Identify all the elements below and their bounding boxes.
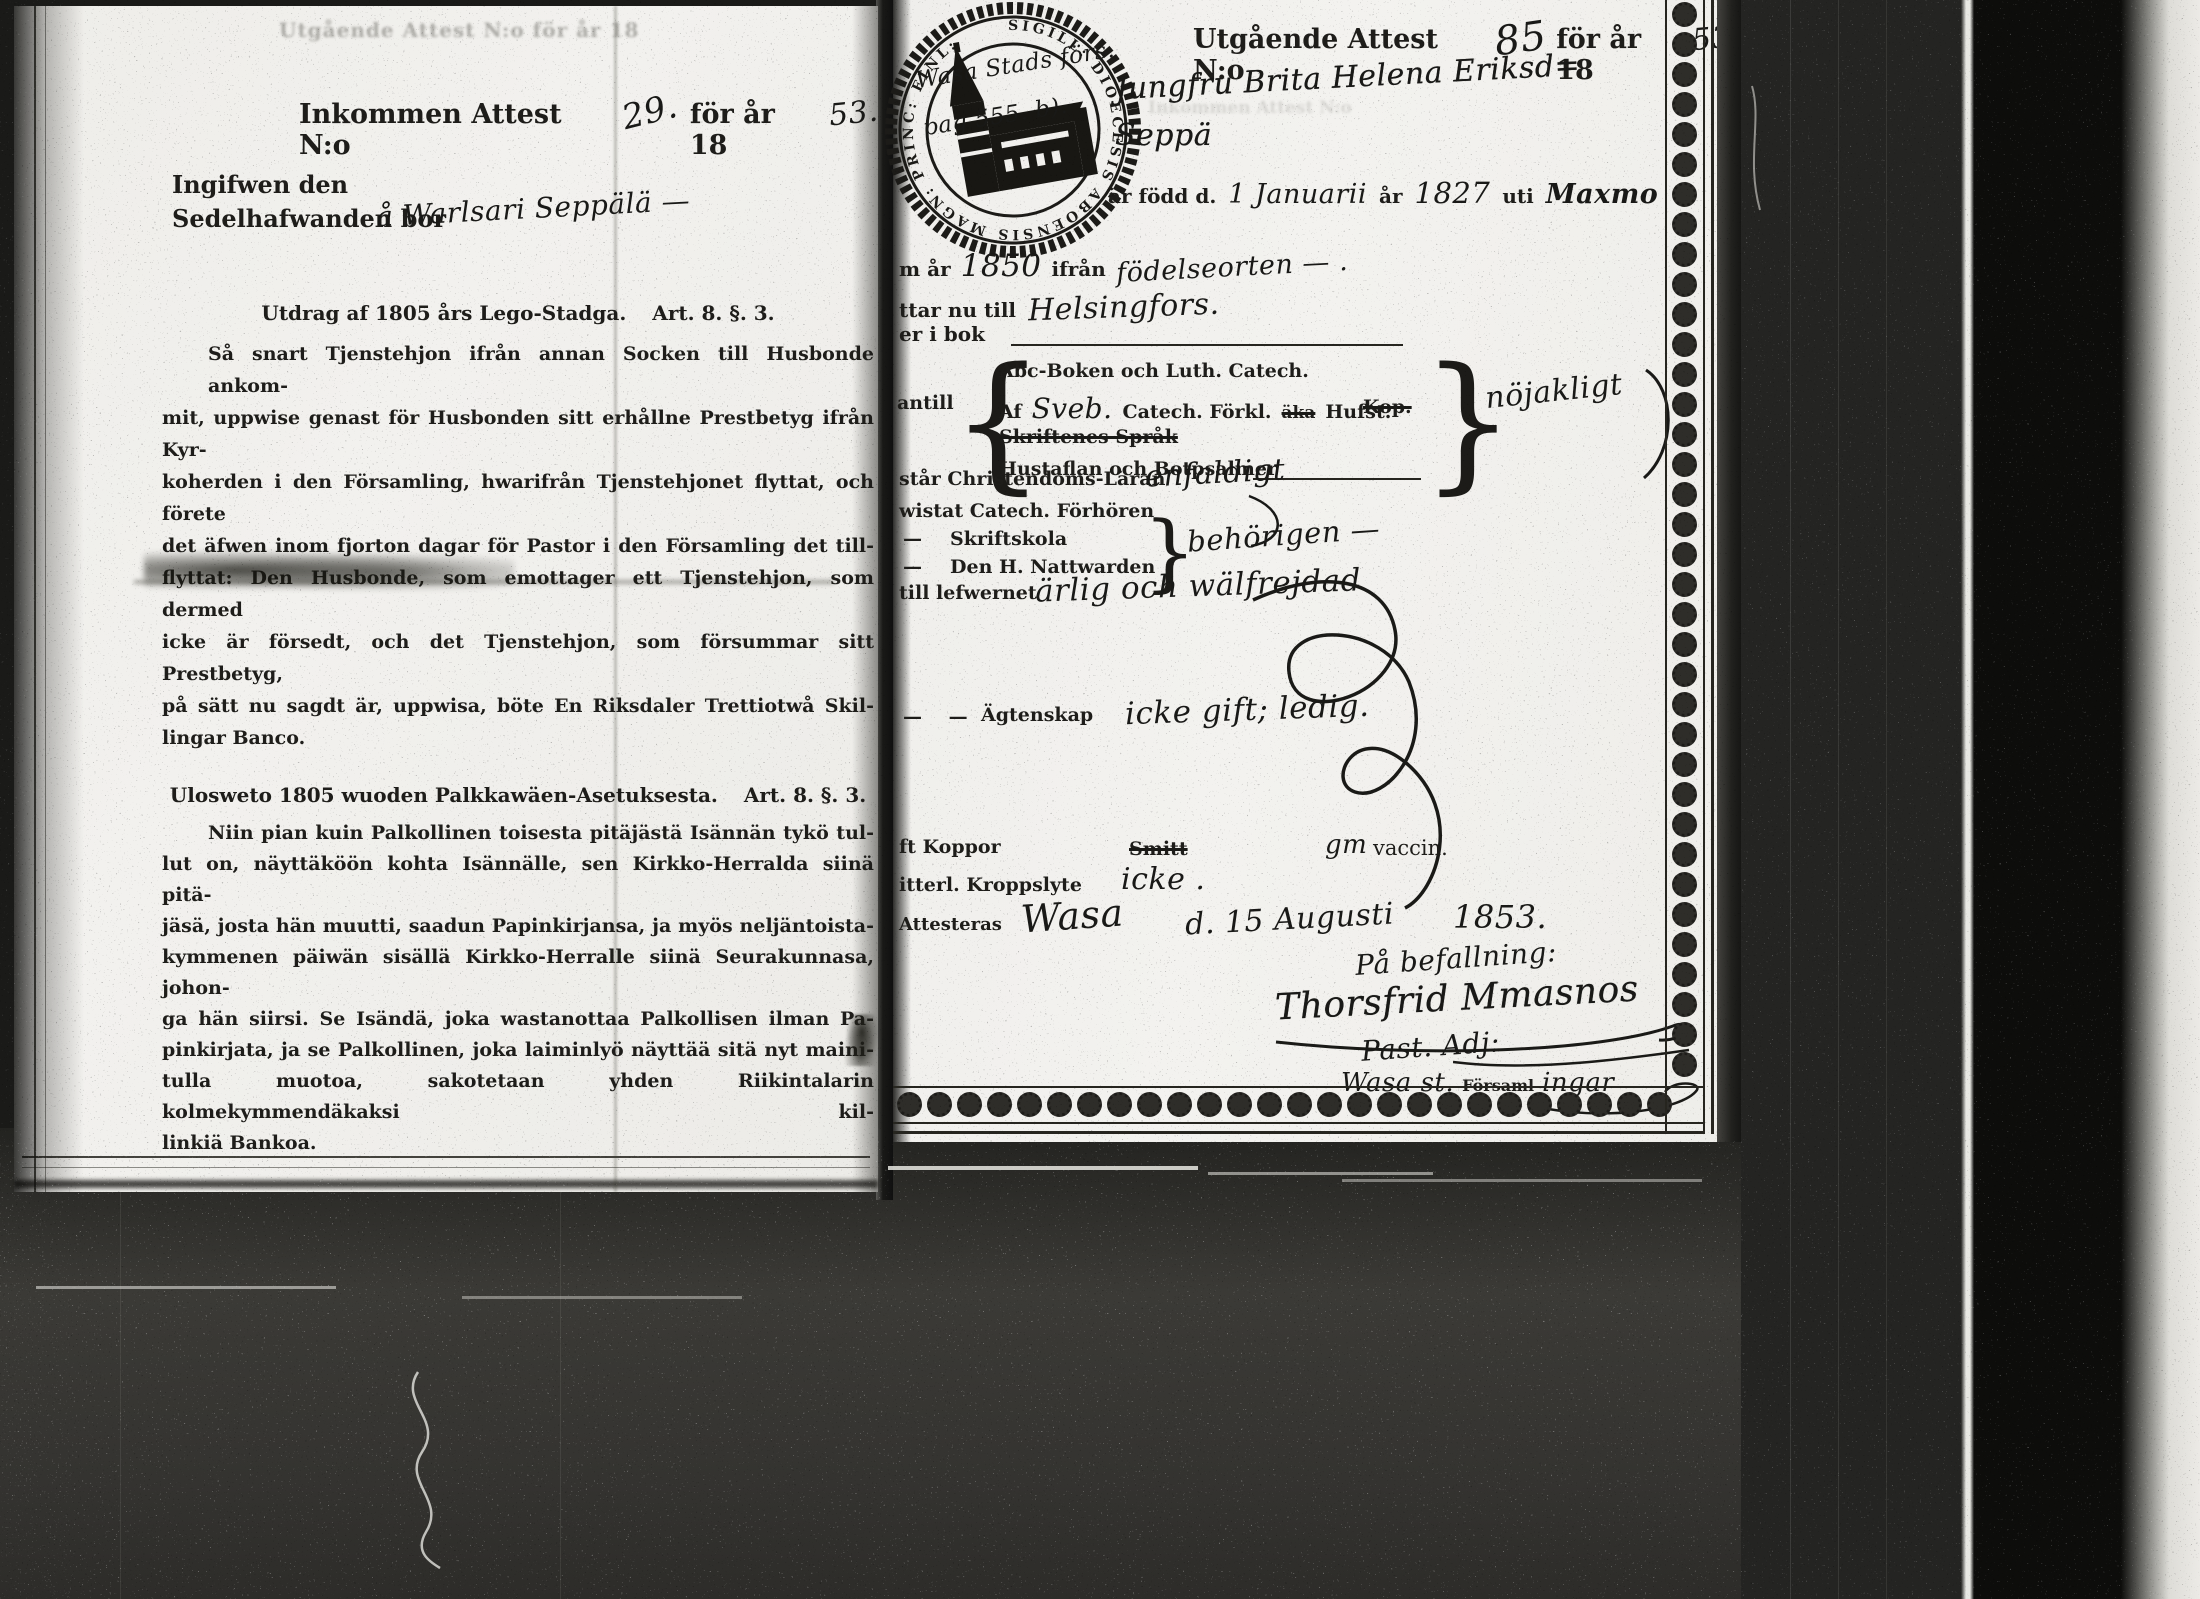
smallpox-handwritten: gm (1325, 830, 1367, 860)
born-printed-year: år (1379, 184, 1403, 208)
moved-to-printed: ttar nu till (899, 298, 1016, 322)
finnish-paragraph: Niin pian kuin Palkollinen toisesta pitä… (162, 818, 874, 1159)
border-ornament (1137, 1092, 1162, 1117)
left-header-number-handwritten: 29. (618, 86, 682, 138)
border-ornament (1672, 902, 1697, 927)
finnish-line: lut on, näyttäköön kohta Isännälle, sen … (162, 849, 874, 911)
nattwarden-dash: — (903, 556, 922, 578)
border-ornament (1672, 332, 1697, 357)
born-day-handwritten: 1 Januarii (1228, 179, 1367, 210)
border-ornament (1672, 62, 1697, 87)
right-border-rule-inner (1665, 0, 1667, 1134)
border-ornament (1617, 1092, 1642, 1117)
born-year-handwritten: 1827 (1415, 176, 1491, 210)
border-ornament (1107, 1092, 1132, 1117)
bottom-frame-rule-inner (22, 1167, 870, 1168)
finnish-line: ga hän siirsi. Se Isändä, joka wastanott… (162, 1004, 874, 1035)
swedish-line: mit, uppwise genast för Husbonden sitt e… (162, 402, 874, 466)
bottom-border-rule-top (893, 1086, 1705, 1088)
right-border-rule-edge (1711, 0, 1714, 1134)
moved-from-line: m år 1850 ifrån födelseorten — . (899, 248, 1348, 284)
attest-printed: Attesteras (899, 914, 1002, 935)
border-ornament (1467, 1092, 1492, 1117)
swedish-line: Så snart Tjenstehjon ifrån annan Socken … (162, 338, 874, 402)
sedelhafwanden-handwritten: å Warlsari Seppälä — (375, 184, 690, 233)
skriftskola-printed: Skriftskola (950, 528, 1067, 550)
border-ornament (1672, 122, 1697, 147)
moved-printed: m år (899, 257, 951, 281)
border-ornament (1672, 812, 1697, 837)
born-line: är född d. 1 Januarii år 1827 uti Maxmo (1108, 176, 1658, 210)
conduct-printed: till lefwernet (899, 582, 1037, 604)
knows-label: antill (897, 392, 954, 414)
finnish-line: jäsä, josta hän muutti, saadun Papinkirj… (162, 911, 874, 942)
background-lower (0, 1128, 1741, 1599)
border-ornament (1672, 92, 1697, 117)
border-ornament (1672, 932, 1697, 957)
right-page: SIGILL: DIOECESIS ABOENSIS MAGN: PRINC: … (893, 0, 1741, 1142)
border-ornament (1672, 302, 1697, 327)
finnish-line: pinkirjata, ja se Palkollinen, joka laim… (162, 1035, 874, 1066)
born-printed-place: uti (1502, 184, 1533, 208)
christendom-printed: står Christendoms-Läran (899, 468, 1165, 490)
reads-blank-rule (1011, 344, 1403, 346)
border-ornament (1672, 512, 1697, 537)
border-ornament (1672, 872, 1697, 897)
border-ornament (1672, 362, 1697, 387)
film-edge-strip (1741, 0, 2200, 1599)
born-place-handwritten: Maxmo (1546, 179, 1659, 210)
statute-text-block: Utdrag af 1805 års Lego-Stadga.Art. 8. §… (162, 298, 874, 1159)
knows-item-2-struck-kop: Kop. (1363, 396, 1412, 418)
left-edge-shadow (14, 6, 84, 1192)
knows-item-2-printed-b: Catech. Förkl. (1123, 401, 1272, 423)
left-page: Utgående Attest N:o för år 18 Inkommen A… (14, 6, 878, 1192)
border-ornament (1257, 1092, 1282, 1117)
knows-item-3-struck: Skriftenes Språk (999, 426, 1178, 448)
swedish-heading-ref: Art. 8. §. 3. (652, 301, 774, 325)
knows-item-2: Af Sveb. Catech. Förkl. äka Hufst. (999, 392, 1391, 425)
bottom-border-rule-low (893, 1131, 1705, 1134)
moved-to-handwritten: Helsingfors. (1027, 287, 1220, 329)
swedish-line: icke är försedt, och det Tjenstehjon, so… (162, 626, 874, 690)
border-ornament (1672, 392, 1697, 417)
finnish-line: Niin pian kuin Palkollinen toisesta pitä… (162, 818, 874, 849)
finnish-line: kymmenen päiwän sisällä Kirkko-Herralle … (162, 942, 874, 1004)
finnish-heading-ref: Art. 8. §. 3. (744, 783, 866, 807)
attest-year-handwritten: 1853. (1453, 898, 1547, 936)
moved-printed-from: ifrån (1052, 257, 1106, 281)
border-ornament (1672, 842, 1697, 867)
border-ornament (1672, 542, 1697, 567)
border-ornament (1407, 1092, 1432, 1117)
border-ornament (1672, 632, 1697, 657)
left-header: Inkommen Attest N:o 29. för år 18 53. (299, 92, 878, 161)
border-ornament (1197, 1092, 1222, 1117)
catechism-printed: wistat Catech. Förhören (899, 500, 1154, 522)
swedish-heading: Utdrag af 1805 års Lego-Stadga.Art. 8. §… (162, 298, 874, 328)
border-ornament (1527, 1092, 1552, 1117)
right-border-rule-outer (1703, 0, 1705, 1134)
border-ornament (1672, 752, 1697, 777)
border-ornament (1672, 722, 1697, 747)
border-ornament (1672, 272, 1697, 297)
smallpox-struck: Smitt (1129, 838, 1188, 860)
knows-item-2-printed-a: Af (999, 401, 1022, 423)
border-ornament (1672, 212, 1697, 237)
border-ornament (1317, 1092, 1342, 1117)
smallpox-printed: ft Koppor (899, 836, 1001, 858)
border-ornament (1672, 1052, 1697, 1077)
border-ornament (1672, 32, 1697, 57)
border-ornament (1672, 962, 1697, 987)
marriage-dashes: — — (903, 706, 978, 728)
border-ornament (1647, 1092, 1672, 1117)
moved-from-handwritten: födelseorten — . (1115, 246, 1348, 289)
deformity-printed: itterl. Kroppslyte (899, 874, 1082, 896)
border-ornament (1587, 1092, 1612, 1117)
person-surname-handwritten: Seppä (1115, 118, 1212, 153)
border-ornament (1672, 1022, 1697, 1047)
border-ornament (1227, 1092, 1252, 1117)
smallpox-vaccin-printed: vaccin. (1373, 836, 1448, 860)
swedish-line: koherden i den Församling, hwarifrån Tje… (162, 466, 874, 530)
border-ornament (1077, 1092, 1102, 1117)
border-ornament (1347, 1092, 1372, 1117)
border-ornament (1672, 152, 1697, 177)
finnish-line: linkiä Bankoa. (162, 1128, 874, 1159)
border-ornament (1672, 2, 1697, 27)
moved-year-handwritten: 1850 (961, 248, 1042, 284)
border-ornament (1497, 1092, 1522, 1117)
deformity-handwritten: icke . (1121, 862, 1205, 897)
border-ornament (1672, 572, 1697, 597)
swedish-line: lingar Banco. (162, 722, 874, 754)
knows-item-2-handwritten: Sveb. (1032, 392, 1113, 425)
border-ornament (1672, 692, 1697, 717)
border-ornament (1672, 602, 1697, 627)
finnish-line: tulla muotoa, sakotetaan yhden Riikintal… (162, 1066, 874, 1128)
right-page-edge-dark (1717, 0, 1741, 1142)
left-header-printed-year: för år 18 (690, 99, 817, 161)
swedish-heading-title: Utdrag af 1805 års Lego-Stadga. (261, 301, 626, 325)
ghost-header: Utgående Attest N:o för år 18 (279, 18, 639, 42)
swedish-line: på sätt nu sagdt är, uppwisa, böte En Ri… (162, 690, 874, 722)
border-ornament (1672, 482, 1697, 507)
finnish-heading-title: Ulosweto 1805 wuoden Palkkawäen-Asetukse… (170, 783, 718, 807)
marriage-printed: Ägtenskap (981, 704, 1093, 726)
border-ornament (1167, 1092, 1192, 1117)
fold-smudge-line (134, 580, 834, 584)
border-ornament (1672, 992, 1697, 1017)
border-ornament (1672, 662, 1697, 687)
border-ornament (1557, 1092, 1582, 1117)
border-ornament (1287, 1092, 1312, 1117)
border-ornament (1047, 1092, 1072, 1117)
finnish-heading: Ulosweto 1805 wuoden Palkkawäen-Asetukse… (162, 780, 874, 810)
knows-close-brace: } (1421, 352, 1515, 492)
border-ornament (927, 1092, 952, 1117)
border-ornament (1672, 242, 1697, 267)
border-ornament (1017, 1092, 1042, 1117)
christendom-handwritten: enfaldigt (1144, 452, 1286, 494)
border-ornament (1672, 182, 1697, 207)
bottom-page-edge-shadow (14, 1180, 878, 1188)
border-ornament (1437, 1092, 1462, 1117)
label-ingifwen: Ingifwen den (172, 170, 348, 199)
border-ornament (1672, 782, 1697, 807)
attest-place-handwritten: Wasa (1020, 890, 1125, 941)
border-ornament (1672, 452, 1697, 477)
knows-item-1: Abc-Boken och Luth. Catech. (999, 360, 1309, 382)
border-ornament (1377, 1092, 1402, 1117)
left-header-printed: Inkommen Attest N:o (299, 99, 610, 161)
border-ornament (1672, 422, 1697, 447)
born-printed: är född d. (1108, 184, 1216, 208)
bottom-border-rule-mid (893, 1122, 1705, 1124)
bottom-ornament-row (897, 1092, 1672, 1117)
knows-item-2-struck: äka (1282, 403, 1316, 423)
behorigen-handwritten: behörigen — (1186, 511, 1381, 558)
moved-to-line: ttar nu till Helsingfors. (899, 290, 1219, 325)
border-ornament (957, 1092, 982, 1117)
skriftskola-line: — Skriftskola (903, 528, 1067, 550)
border-ornament (987, 1092, 1012, 1117)
border-ornament (897, 1092, 922, 1117)
skriftskola-dash: — (903, 528, 922, 550)
right-ornament-column (1672, 2, 1697, 1077)
microfilm-scan: Utgående Attest N:o för år 18 Inkommen A… (0, 0, 2200, 1599)
ink-blot (844, 1014, 880, 1066)
